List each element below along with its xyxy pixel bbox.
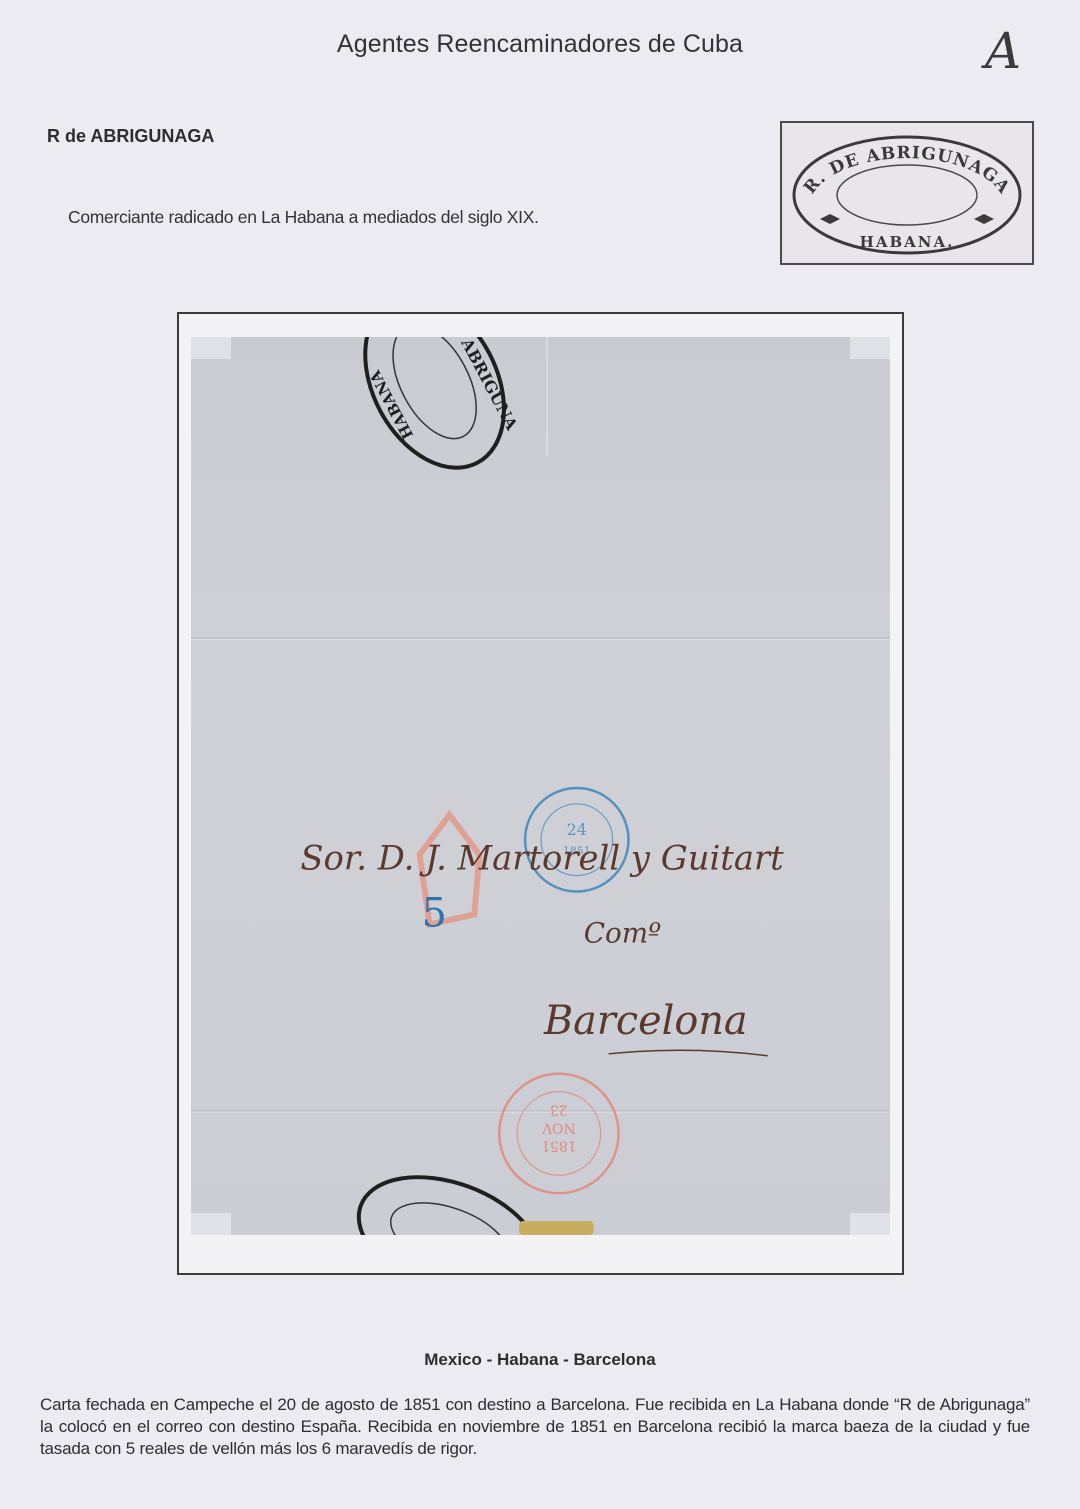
rate-mark: 5 (422, 890, 447, 936)
cover-photo-frame: R. DE ABRIGUNA HABANA 24 1851 5 (177, 312, 904, 1275)
address-line-3: Barcelona (543, 998, 748, 1044)
handstamp-bottom-text: HABANA. (860, 233, 955, 251)
svg-text:24: 24 (567, 820, 587, 839)
abrigunaga-handstamp-top: R. DE ABRIGUNA HABANA (337, 337, 532, 492)
agent-description: Comerciante radicado en La Habana a medi… (68, 207, 539, 228)
oval-handstamp-icon: R. DE ABRIGUNAGA HABANA. (782, 123, 1032, 263)
wax-seal-remnant (519, 1221, 594, 1235)
cover-description: Carta fechada en Campeche el 20 de agost… (40, 1394, 1030, 1460)
barcelona-postmark: 1851 NOV 23 (499, 1074, 618, 1193)
address-line-2: Comº (584, 916, 662, 949)
cover-markings: R. DE ABRIGUNA HABANA 24 1851 5 (191, 337, 890, 1235)
svg-text:23: 23 (550, 1102, 568, 1118)
route-title: Mexico - Habana - Barcelona (0, 1350, 1080, 1370)
page-title: Agentes Reencaminadores de Cuba (0, 30, 1080, 59)
handstamp-illustration: R. DE ABRIGUNAGA HABANA. (780, 121, 1034, 265)
section-letter: A (985, 26, 1021, 76)
svg-text:R. DE ABRIGUNA: R. DE ABRIGUNA (431, 337, 522, 434)
svg-text:NOV: NOV (541, 1119, 575, 1135)
address-line-1: Sor. D. J. Martorell y Guitart (300, 839, 784, 878)
folded-letter-cover: R. DE ABRIGUNA HABANA 24 1851 5 (191, 337, 890, 1235)
svg-text:1851: 1851 (541, 1137, 576, 1153)
agent-name: R de ABRIGUNAGA (47, 126, 214, 147)
